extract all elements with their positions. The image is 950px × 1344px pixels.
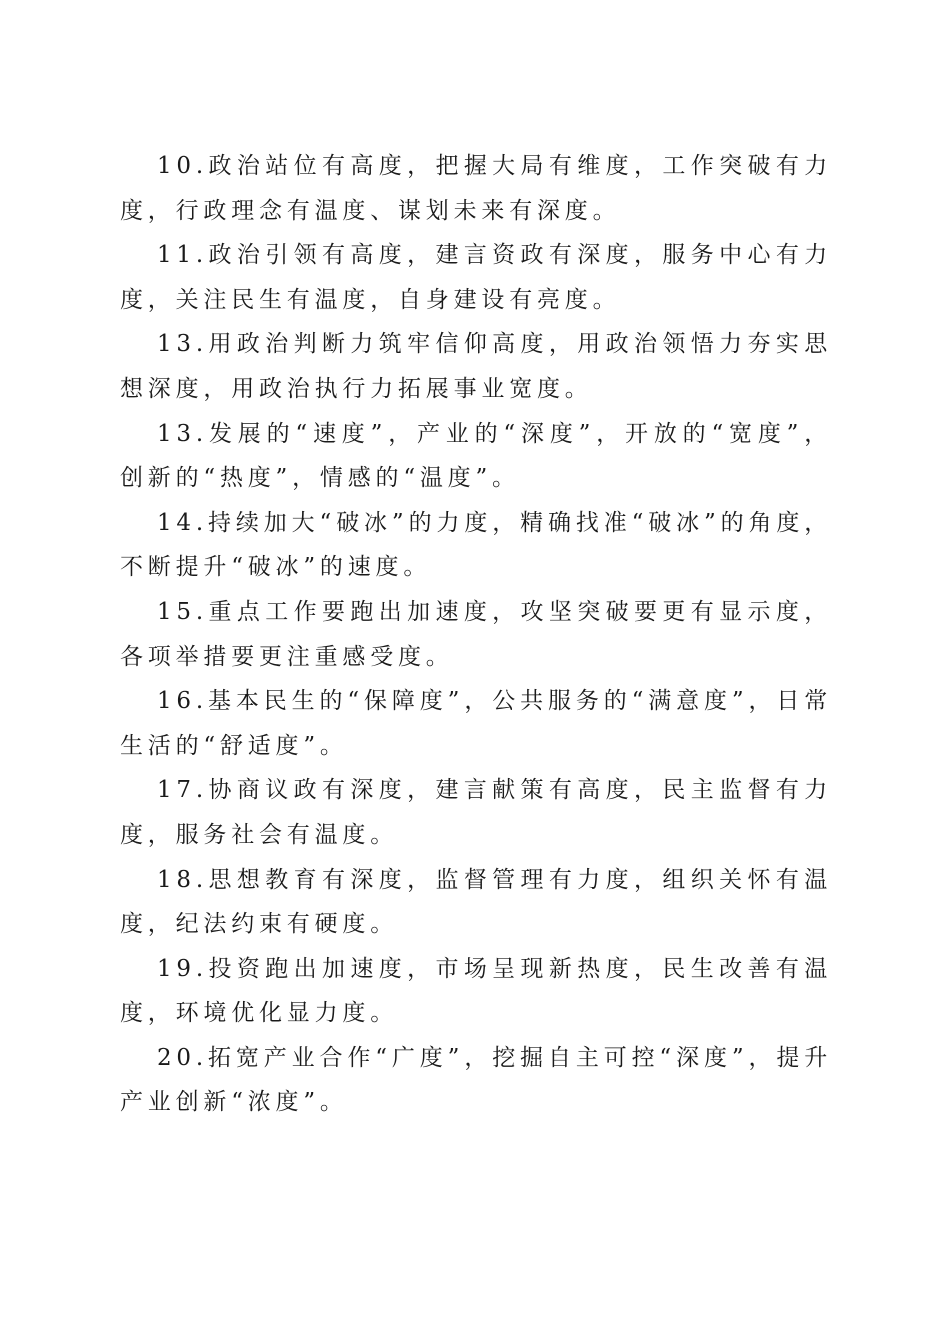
paragraph-text: 政治引领有高度，建言资政有深度，服务中心有力度，关注民生有温度，自身建设有亮度。	[120, 242, 832, 313]
paragraph-number: 20.	[157, 1045, 208, 1071]
paragraph-10: 10.政治站位有高度，把握大局有维度，工作突破有力度，行政理念有温度、谋划未来有…	[120, 144, 832, 233]
paragraph-number: 18.	[157, 867, 208, 893]
paragraph-17: 17.协商议政有深度，建言献策有高度，民主监督有力度，服务社会有温度。	[120, 768, 832, 857]
paragraph-text: 发展的“速度”，产业的“深度”，开放的“宽度”，创新的“热度”，情感的“温度”。	[120, 421, 832, 492]
paragraph-text: 协商议政有深度，建言献策有高度，民主监督有力度，服务社会有温度。	[120, 777, 832, 848]
paragraph-16: 16.基本民生的“保障度”，公共服务的“满意度”，日常生活的“舒适度”。	[120, 679, 832, 768]
paragraph-15: 15.重点工作要跑出加速度，攻坚突破要更有显示度，各项举措要更注重感受度。	[120, 590, 832, 679]
paragraph-text: 基本民生的“保障度”，公共服务的“满意度”，日常生活的“舒适度”。	[120, 688, 832, 759]
paragraph-text: 用政治判断力筑牢信仰高度，用政治领悟力夯实思想深度，用政治执行力拓展事业宽度。	[120, 331, 832, 402]
paragraph-text: 拓宽产业合作“广度”，挖掘自主可控“深度”，提升产业创新“浓度”。	[120, 1045, 832, 1116]
paragraph-number: 19.	[157, 956, 208, 982]
paragraph-number: 13.	[157, 421, 208, 447]
paragraph-text: 政治站位有高度，把握大局有维度，工作突破有力度，行政理念有温度、谋划未来有深度。	[120, 153, 832, 224]
paragraph-20: 20.拓宽产业合作“广度”，挖掘自主可控“深度”，提升产业创新“浓度”。	[120, 1036, 832, 1125]
paragraph-text: 持续加大“破冰”的力度，精确找准“破冰”的角度，不断提升“破冰”的速度。	[120, 510, 832, 581]
paragraph-13a: 13.用政治判断力筑牢信仰高度，用政治领悟力夯实思想深度，用政治执行力拓展事业宽…	[120, 322, 832, 411]
paragraph-number: 13.	[157, 331, 208, 357]
paragraph-13b: 13.发展的“速度”，产业的“深度”，开放的“宽度”，创新的“热度”，情感的“温…	[120, 412, 832, 501]
document-page: 10.政治站位有高度，把握大局有维度，工作突破有力度，行政理念有温度、谋划未来有…	[120, 144, 832, 1125]
paragraph-number: 16.	[157, 688, 208, 714]
paragraph-14: 14.持续加大“破冰”的力度，精确找准“破冰”的角度，不断提升“破冰”的速度。	[120, 501, 832, 590]
paragraph-18: 18.思想教育有深度，监督管理有力度，组织关怀有温度，纪法约束有硬度。	[120, 858, 832, 947]
paragraph-number: 14.	[157, 510, 208, 536]
paragraph-text: 投资跑出加速度，市场呈现新热度，民生改善有温度，环境优化显力度。	[120, 956, 832, 1027]
paragraph-number: 11.	[157, 242, 208, 268]
paragraph-number: 15.	[157, 599, 208, 625]
paragraph-text: 重点工作要跑出加速度，攻坚突破要更有显示度，各项举措要更注重感受度。	[120, 599, 832, 670]
paragraph-text: 思想教育有深度，监督管理有力度，组织关怀有温度，纪法约束有硬度。	[120, 867, 832, 938]
paragraph-11: 11.政治引领有高度，建言资政有深度，服务中心有力度，关注民生有温度，自身建设有…	[120, 233, 832, 322]
paragraph-number: 17.	[157, 777, 208, 803]
paragraph-19: 19.投资跑出加速度，市场呈现新热度，民生改善有温度，环境优化显力度。	[120, 947, 832, 1036]
paragraph-number: 10.	[157, 153, 208, 179]
